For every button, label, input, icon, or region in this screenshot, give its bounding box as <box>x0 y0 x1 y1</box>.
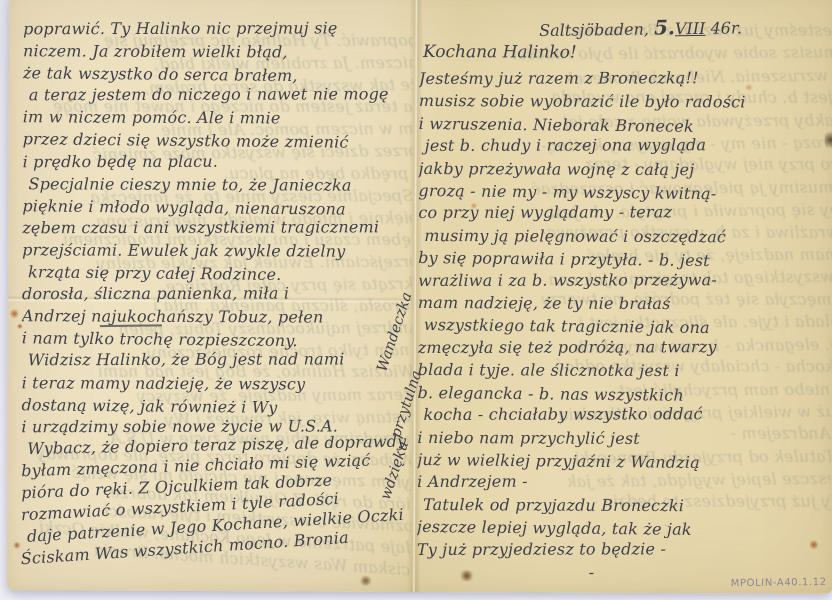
place-name: Saltsjöbaden, <box>539 20 649 40</box>
handwriting-line: Jesteśmy już razem z Broneczką!! <box>419 67 832 90</box>
handwriting-line: Andrzej najukochańszy Tobuz, pełen <box>22 305 412 329</box>
age-spot <box>10 308 19 319</box>
date-month: VIII <box>675 19 706 38</box>
handwriting-line: Specjalnie cieszy mnie to, że Janieczka <box>22 173 412 197</box>
place-date-line: Saltsjöbaden, 5.VIII 46r. <box>539 13 829 41</box>
handwriting-line: niczem. Ja zrobiłem wielki błąd, <box>23 40 413 64</box>
date-day: 5. <box>654 15 675 39</box>
handwriting-line: co przy niej wyglądamy - teraz <box>418 201 832 224</box>
handwriting-line: blada i tyje. ale ślicznotka jest i <box>418 359 832 383</box>
handwriting-line: i niebo nam przychylić jest <box>417 426 831 450</box>
handwriting-line: jest b. chudy i raczej ona wygląda <box>419 134 832 157</box>
handwriting-line: Widzisz Halinko, że Bóg jest nad nami <box>22 349 412 372</box>
handwriting-line: i prędko będę na placu. <box>23 150 413 173</box>
salutation: Kochana Halinko! <box>423 42 832 64</box>
handwriting-line: Tatulek od przyjazdu Broneczki <box>417 494 831 518</box>
age-spot <box>13 541 21 549</box>
handwriting-line: dorosła, śliczna panienka, miła i <box>22 282 412 305</box>
date-year: 46r. <box>710 18 742 37</box>
handwriting-line: i Andrzejem - <box>417 470 831 493</box>
handwriting-right: Jesteśmy już razem z Broneczką!!musisz s… <box>417 68 832 585</box>
handwriting-line: Ty już przyjedziesz to będzie - <box>417 537 831 560</box>
handwriting-line: wrażliwa i za b. wszystko przeżywa- <box>418 269 832 292</box>
handwriting-line: mam nadzieję, że ty nie brałaś <box>418 292 832 316</box>
letter-sheet: poprawić. Ty Halinko nic przejmuj sięnic… <box>7 0 832 594</box>
handwriting-line: musimy ją pielęgnować i oszczędzać <box>418 225 832 249</box>
handwriting-line: przejściami. Ewulek jak zwykle dzielny <box>22 239 412 263</box>
handwriting-line: i teraz mamy nadzieję, że wszyscy <box>22 372 412 396</box>
letter-page-right: Saltsjöbaden, 5.VIII 46r. Kochana Halink… <box>417 8 832 590</box>
handwriting-line: kocha - chciałaby wszystko oddać <box>417 403 831 426</box>
handwriting-line: im w niczem pomóc. Ale i mnie <box>23 107 413 131</box>
handwriting-line: jakby przeżywała wojnę z całą jej <box>418 158 832 182</box>
handwriting-line: a teraz jestem do niczego i nawet nie mo… <box>23 84 413 107</box>
handwriting-line: poprawić. Ty Halinko nic przejmuj się <box>23 18 413 40</box>
handwriting-line: musisz sobie wyobrazić ile było radości <box>419 90 832 114</box>
handwriting-line: zmęczyła się też podróżą, na twarzy <box>418 336 832 359</box>
scan-background: poprawić. Ty Halinko nic przejmuj sięnic… <box>0 0 832 600</box>
handwriting-left: poprawić. Ty Halinko nic przejmuj sięnic… <box>21 18 413 572</box>
handwriting-line: zębem czasu i ani wszystkiemi tragicznem… <box>22 216 412 239</box>
letter-page-left: poprawić. Ty Halinko nic przejmuj sięnic… <box>21 18 413 586</box>
archive-reference-number: MPOLIN-A40.1.12 <box>731 577 827 589</box>
